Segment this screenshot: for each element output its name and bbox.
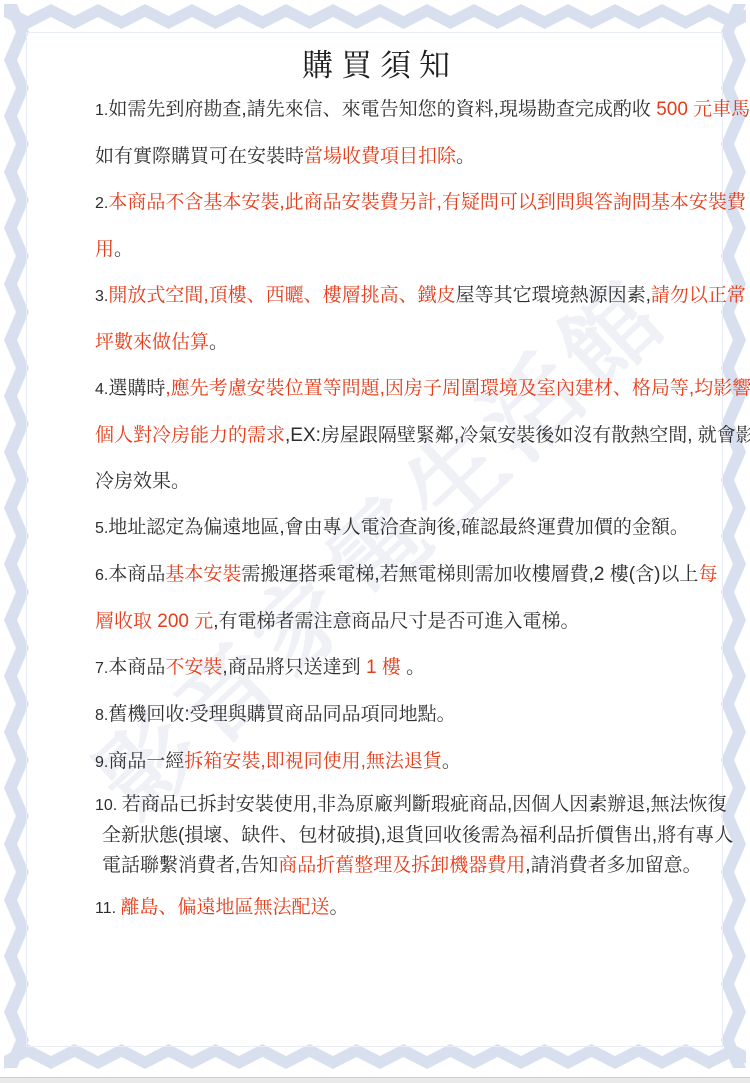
notice-item: 1.如需先到府勘查,請先來信、來電告知您的資料,現場勘查完成酌收 500 元車馬… <box>95 87 665 180</box>
text-segment: ,商品將只送達到 <box>222 657 366 678</box>
notice-line: 用。 <box>95 227 665 273</box>
text-segment: 。 <box>209 332 228 353</box>
text-segment: ,請消費者多加留意。 <box>525 855 701 876</box>
text-segment: 電話聯繫消費者,告知 <box>102 855 278 876</box>
purchase-notice-page: 影音家電生活館 購買須知 1.如需先到府勘查,請先來信、來電告知您的資料,現場勘… <box>0 0 750 1083</box>
notice-item: 10. 若商品已拆封安裝使用,非為原廠判斷瑕疵商品,因個人因素辦退,無法恢復全新… <box>95 790 665 881</box>
notice-content: 購買須知 1.如需先到府勘查,請先來信、來電告知您的資料,現場勘查完成酌收 50… <box>95 44 665 932</box>
text-segment: 冷房效果。 <box>95 471 190 492</box>
notice-line: 6.本商品基本安裝需搬運搭乘電梯,若無電梯則需加收樓層費,2 樓(含)以上每 <box>95 552 665 599</box>
notice-item: 6.本商品基本安裝需搬運搭乘電梯,若無電梯則需加收樓層費,2 樓(含)以上每層收… <box>95 552 665 645</box>
item-number: 1. <box>95 102 108 119</box>
text-segment: 不安裝 <box>165 657 222 678</box>
border-chevron-top <box>4 4 746 29</box>
text-segment: 開放式空間,頂樓、西曬、樓層挑高、鐵皮 <box>108 285 455 306</box>
notice-line: 坪數來做估算。 <box>95 320 665 366</box>
notice-item: 8.舊機回收:受理與購買商品同品項同地點。 <box>95 692 665 739</box>
item-number: 7. <box>95 660 108 677</box>
text-segment: 。 <box>330 897 349 918</box>
page-bottom-strip <box>0 1077 750 1083</box>
text-segment: 如需先到府勘查,請先來信、來電告知您的資料,現場勘查完成酌收 <box>108 99 656 120</box>
text-segment: 拆箱安裝,即視同使用,無法退貨 <box>184 751 442 772</box>
item-number: 8. <box>95 707 108 724</box>
text-segment: 如有實際購買可在安裝時 <box>95 146 304 167</box>
text-segment: 商品一經 <box>108 751 184 772</box>
text-segment: 。 <box>401 657 425 678</box>
text-segment: 商品折舊整理及拆卸機器費用 <box>278 855 525 876</box>
text-segment: 請勿以正常 <box>651 285 746 306</box>
item-number: 5. <box>95 520 108 537</box>
text-segment: 。 <box>456 146 475 167</box>
text-segment: 本商品不含基本安裝,此商品安裝費另計,有疑問可以到問與答詢問基本安裝費 <box>108 192 746 213</box>
text-segment: ,有電梯者需注意商品尺寸是否可進入電梯。 <box>213 611 579 632</box>
item-number: 4. <box>95 381 108 398</box>
notice-line: 層收取 200 元,有電梯者需注意商品尺寸是否可進入電梯。 <box>95 599 665 645</box>
notice-line: 1.如需先到府勘查,請先來信、來電告知您的資料,現場勘查完成酌收 500 元車馬… <box>95 87 665 134</box>
text-segment: 地址認定為偏遠地區,會由專人電洽查詢後,確認最終運費加價的金額。 <box>108 517 689 538</box>
notice-line: 11. 離島、偏遠地區無法配送。 <box>95 885 665 932</box>
text-segment: 基本安裝 <box>165 564 241 585</box>
notice-line: 冷房效果。 <box>95 459 665 505</box>
text-segment: 層收取 200 元 <box>95 611 213 632</box>
notice-list: 1.如需先到府勘查,請先來信、來電告知您的資料,現場勘查完成酌收 500 元車馬… <box>95 87 665 932</box>
text-segment: 用 <box>95 239 114 260</box>
border-chevron-left <box>4 4 29 1068</box>
notice-line: 全新狀態(損壞、缺件、包材破損),退貨回收後需為福利品折價售出,將有專人 <box>95 821 665 851</box>
text-segment: 個人對冷房能力的需求 <box>95 425 285 446</box>
text-segment: 全新狀態(損壞、缺件、包材破損),退貨回收後需為福利品折價售出,將有專人 <box>102 825 733 846</box>
text-segment: 選購時 <box>108 378 165 399</box>
text-segment: 離島、偏遠地區無法配送 <box>121 897 330 918</box>
text-segment: 坪數來做估算 <box>95 332 209 353</box>
text-segment: 本商品 <box>108 657 165 678</box>
notice-line: 7.本商品不安裝,商品將只送達到 1 樓 。 <box>95 645 665 692</box>
text-segment: 屋等其它環境熱源因素, <box>456 285 651 306</box>
text-segment: 500 元車馬費 <box>656 99 750 120</box>
notice-line: 5.地址認定為偏遠地區,會由專人電洽查詢後,確認最終運費加價的金額。 <box>95 505 665 552</box>
border-chevron-bottom <box>4 1044 746 1069</box>
item-number: 10. <box>95 797 122 814</box>
notice-line: 10. 若商品已拆封安裝使用,非為原廠判斷瑕疵商品,因個人因素辦退,無法恢復 <box>95 790 665 821</box>
notice-item: 11. 離島、偏遠地區無法配送。 <box>95 885 665 932</box>
item-number: 2. <box>95 195 108 212</box>
notice-item: 2.本商品不含基本安裝,此商品安裝費另計,有疑問可以到問與答詢問基本安裝費用。 <box>95 180 665 273</box>
notice-item: 7.本商品不安裝,商品將只送達到 1 樓 。 <box>95 645 665 692</box>
text-segment: 。 <box>442 751 461 772</box>
item-number: 11. <box>95 900 121 917</box>
notice-line: 3.開放式空間,頂樓、西曬、樓層挑高、鐵皮屋等其它環境熱源因素,請勿以正常 <box>95 273 665 320</box>
notice-line: 4.選購時,應先考慮安裝位置等問題,因房子周圍環境及室內建材、格局等,均影響 <box>95 366 665 413</box>
notice-line: 9.商品一經拆箱安裝,即視同使用,無法退貨。 <box>95 739 665 786</box>
text-segment: 若商品已拆封安裝使用,非為原廠判斷瑕疵商品,因個人因素辦退,無法恢復 <box>122 794 727 815</box>
text-segment: 1 樓 <box>366 657 401 678</box>
text-segment: 當場收費項目扣除 <box>304 146 456 167</box>
page-title: 購買須知 <box>95 44 665 87</box>
notice-item: 9.商品一經拆箱安裝,即視同使用,無法退貨。 <box>95 739 665 786</box>
notice-item: 3.開放式空間,頂樓、西曬、樓層挑高、鐵皮屋等其它環境熱源因素,請勿以正常坪數來… <box>95 273 665 366</box>
text-segment: 舊機回收:受理與購買商品同品項同地點。 <box>108 704 455 725</box>
notice-line: 電話聯繫消費者,告知商品折舊整理及拆卸機器費用,請消費者多加留意。 <box>95 851 665 881</box>
notice-line: 個人對冷房能力的需求,EX:房屋跟隔壁緊鄰,冷氣安裝後如沒有散熱空間, 就會影響 <box>95 413 665 459</box>
item-number: 3. <box>95 288 108 305</box>
text-segment: 。 <box>114 239 133 260</box>
notice-line: 如有實際購買可在安裝時當場收費項目扣除。 <box>95 134 665 180</box>
text-segment: ,EX:房屋跟隔壁緊鄰,冷氣安裝後如沒有散熱空間, 就會影響 <box>285 425 750 446</box>
item-number: 9. <box>95 754 108 771</box>
text-segment: ,應先考慮安裝位置等問題,因房子周圍環境及室內建材、格局等,均影響 <box>165 378 750 399</box>
text-segment: 需搬運搭乘電梯,若無電梯則需加收樓層費,2 樓(含)以上 <box>241 564 698 585</box>
notice-item: 5.地址認定為偏遠地區,會由專人電洽查詢後,確認最終運費加價的金額。 <box>95 505 665 552</box>
notice-item: 4.選購時,應先考慮安裝位置等問題,因房子周圍環境及室內建材、格局等,均影響個人… <box>95 366 665 505</box>
notice-line: 8.舊機回收:受理與購買商品同品項同地點。 <box>95 692 665 739</box>
notice-line: 2.本商品不含基本安裝,此商品安裝費另計,有疑問可以到問與答詢問基本安裝費 <box>95 180 665 227</box>
item-number: 6. <box>95 567 108 584</box>
border-chevron-right <box>721 4 746 1068</box>
text-segment: 本商品 <box>108 564 165 585</box>
text-segment: 每 <box>698 564 717 585</box>
